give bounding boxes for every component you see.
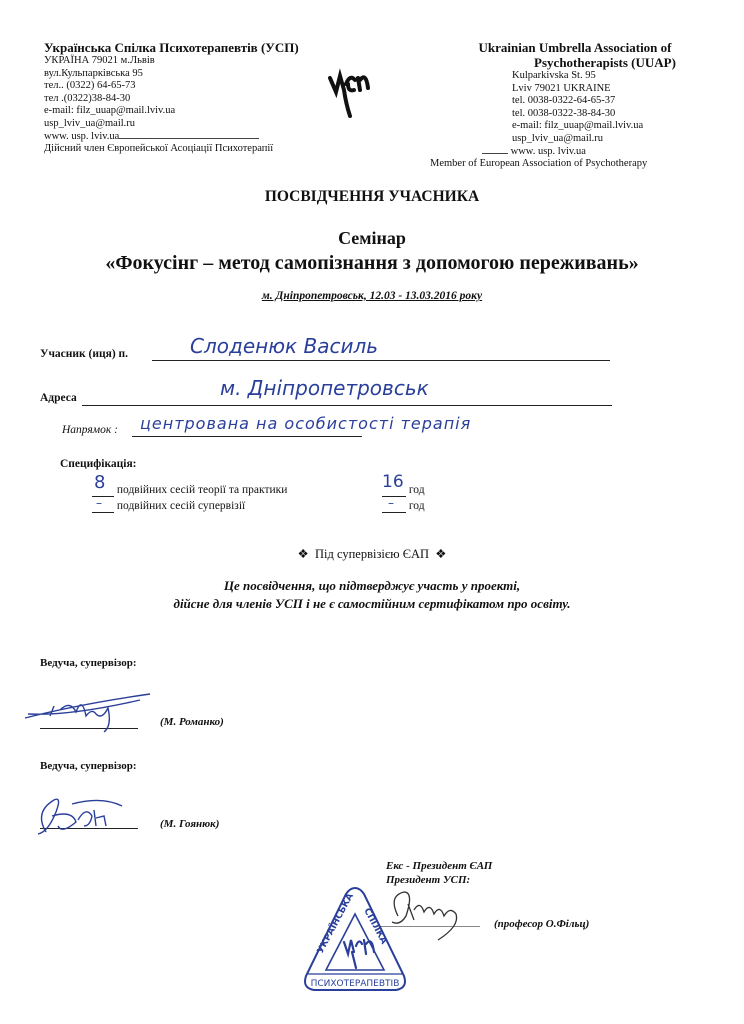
- org-name-ua: Українська Спілка Психотерапевтів (УСП): [44, 40, 304, 55]
- president-role-1: Екс - Президент ЄАП: [386, 860, 492, 872]
- address-line: Lviv 79021 UKRAINE: [512, 83, 720, 96]
- signature-role: Ведуча, супервізор:: [40, 760, 137, 772]
- specification-label: Специфікація:: [60, 458, 137, 470]
- org-name-en-2: Psychotherapists (UUAP): [430, 55, 720, 70]
- note-line-1: Це посвідчення, що підтверджує участь у …: [0, 578, 744, 594]
- signature-romanko-icon: [20, 686, 160, 736]
- email-line: e-mail: filz_uuap@mail.lviv.ua: [512, 120, 720, 133]
- spec-text: подвійних сесій теорії та практики: [117, 484, 288, 496]
- president-name: (професор О.Фільц): [494, 918, 589, 930]
- spec-hours-value: 16: [382, 472, 404, 492]
- organization-stamp-icon: УКРАЇНСЬКА СПІЛКА ПСИХОТЕРАПЕВТІВ: [300, 884, 410, 1000]
- phone-line: тел .(0322)38-84-30: [44, 93, 304, 106]
- spec-unit: год: [409, 484, 425, 496]
- stamp-right-text: СПІЛКА: [361, 907, 388, 946]
- signature-name: (М. Гоянюк): [160, 818, 219, 830]
- membership-line: Дійсний член Європейської Асоціації Псих…: [44, 143, 304, 156]
- address-line: вул.Кульпарківська 95: [44, 68, 304, 81]
- membership-line: Member of European Association of Psycho…: [430, 158, 720, 171]
- supervision-line: ❖ Під супервізією ЄАП ❖: [0, 546, 744, 562]
- address-value: м. Дніпропетровськ: [220, 376, 429, 400]
- phone-line: tel. 0038-0322-38-84-30: [512, 108, 720, 121]
- document-title: ПОСВІДЧЕННЯ УЧАСНИКА: [0, 188, 744, 206]
- spec-text: подвійних сесій супервізії: [117, 500, 245, 512]
- note-line-2: дійсне для членів УСП і не є самостійним…: [0, 596, 744, 612]
- seminar-label: Семінар: [0, 228, 744, 249]
- header-right-block: Ukrainian Umbrella Association of Psycho…: [430, 40, 720, 171]
- stamp-bottom-text: ПСИХОТЕРАПЕВТІВ: [311, 979, 400, 989]
- signature-name: (М. Романко): [160, 716, 224, 728]
- phone-line: tel. 0038-0322-64-65-37: [512, 95, 720, 108]
- direction-value: центрована на особистості терапія: [140, 414, 471, 433]
- address-line: Kulparkivska St. 95: [512, 70, 720, 83]
- signature-goyanyuk-icon: [32, 792, 132, 840]
- address-line: УКРАЇНА 79021 м.Львів: [44, 55, 304, 68]
- direction-label: Напрямок :: [62, 424, 118, 436]
- website-line: www. usp. lviv.ua: [482, 146, 720, 159]
- org-name-en: Ukrainian Umbrella Association of: [430, 40, 720, 55]
- website-line: www. usp. lviv.ua: [44, 131, 304, 144]
- spec-hours-value: –: [388, 496, 394, 510]
- seminar-name: «Фокусінг – метод самопізнання з допомог…: [0, 252, 744, 275]
- participant-value: Слоденюк Василь: [190, 334, 378, 358]
- spec-count: –: [96, 496, 102, 510]
- diamond-bullet-icon: ❖: [298, 547, 309, 561]
- email-line: usp_lviv_ua@mail.ru: [512, 133, 720, 146]
- email-line: usp_lviv_ua@mail.ru: [44, 118, 304, 131]
- address-label: Адреса: [40, 392, 77, 404]
- website-text: www. usp. lviv.ua: [44, 131, 119, 142]
- spec-unit: год: [409, 500, 425, 512]
- participant-line: [152, 360, 610, 361]
- phone-line: тел.. (0322) 64-65-73: [44, 80, 304, 93]
- spec-row: – подвійних сесій супервізії: [92, 500, 245, 513]
- email-line: e-mail: filz_uuap@mail.lviv.ua: [44, 105, 304, 118]
- header-left-block: Українська Спілка Психотерапевтів (УСП) …: [44, 40, 304, 156]
- diamond-bullet-icon: ❖: [435, 547, 446, 561]
- signature-role: Ведуча, супервізор:: [40, 657, 137, 669]
- address-line: [82, 405, 612, 406]
- direction-line: [132, 436, 362, 437]
- place-date: м. Дніпропетровськ, 12.03 - 13.03.2016 р…: [0, 290, 744, 302]
- spec-row: 8 подвійних сесій теорії та практики: [92, 484, 287, 497]
- spec-hours: – год: [382, 500, 425, 513]
- website-text: www. usp. lviv.ua: [511, 146, 586, 157]
- supervision-text: Під супервізією ЄАП: [315, 547, 429, 561]
- participant-label: Учасник (иця) п.: [40, 348, 128, 360]
- spec-count: 8: [94, 472, 105, 493]
- ucp-logo-icon: [322, 58, 382, 118]
